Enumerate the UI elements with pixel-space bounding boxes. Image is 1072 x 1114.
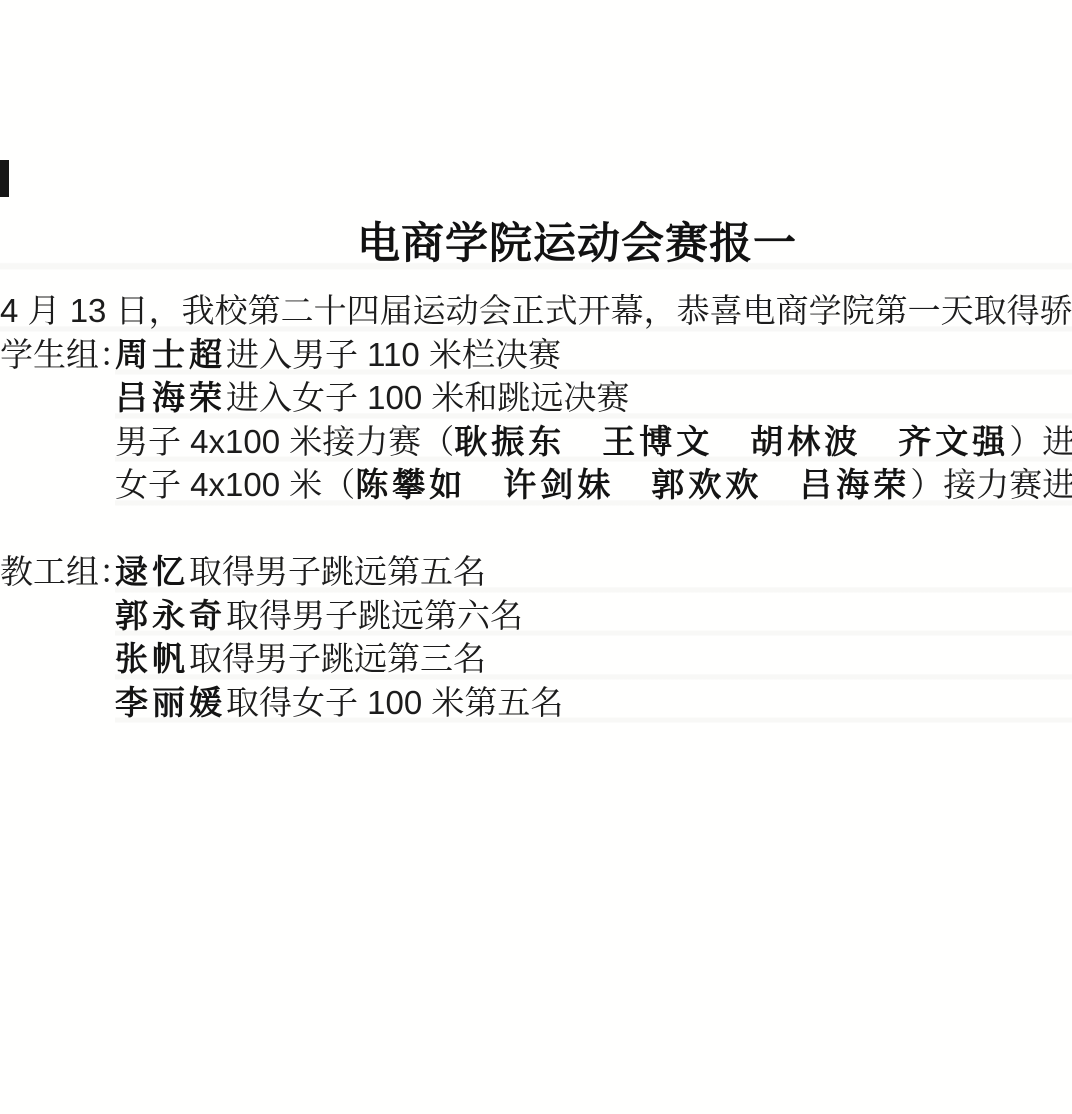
scan-artifact-mark	[0, 160, 9, 197]
result-text: 取得男子跳远第六名	[226, 597, 523, 634]
result-sections: 学生组：周士超进入男子 110 米栏决赛吕海荣进入女子 100 米和跳远决赛男子…	[0, 333, 1072, 725]
section-label: 教工组：	[0, 550, 115, 594]
document-page: 电商学院运动会赛报一 4 月 13 日，我校第二十四届运动会正式开幕，恭喜电商学…	[0, 0, 1072, 1114]
report-line: 男子 4x100 米接力赛（耿振东 王博文 胡林波 齐文强）进入决赛	[115, 420, 1072, 464]
report-line: 郭永奇取得男子跳远第六名	[115, 594, 1072, 638]
report-line: 女子 4x100 米（陈攀如 许剑妹 郭欢欢 吕海荣）接力赛进入决赛	[115, 463, 1072, 507]
result-text: 男子 4x100 米接力赛（	[115, 423, 454, 460]
document-body: 4 月 13 日，我校第二十四届运动会正式开幕，恭喜电商学院第一天取得骄人成绩：…	[0, 289, 1072, 724]
report-line: 李丽媛取得女子 100 米第五名	[115, 681, 1072, 725]
athlete-name: 耿振东 王博文 胡林波 齐文强	[454, 423, 1009, 460]
result-text: ）接力赛进入决赛	[910, 466, 1072, 503]
result-text: 进入男子 110 米栏决赛	[226, 336, 561, 373]
section-lines: 逯忆取得男子跳远第五名郭永奇取得男子跳远第六名张帆取得男子跳远第三名李丽媛取得女…	[115, 550, 1072, 724]
athlete-name: 吕海荣	[115, 379, 226, 416]
intro-line: 4 月 13 日，我校第二十四届运动会正式开幕，恭喜电商学院第一天取得骄人成绩：	[0, 289, 1072, 333]
page-title: 电商学院运动会赛报一	[0, 210, 1072, 271]
result-text: 取得男子跳远第五名	[189, 553, 486, 590]
result-text: 进入女子 100 米和跳远决赛	[226, 379, 629, 416]
result-text: 取得男子跳远第三名	[189, 640, 486, 677]
section-row: 教工组：逯忆取得男子跳远第五名郭永奇取得男子跳远第六名张帆取得男子跳远第三名李丽…	[0, 550, 1072, 724]
section-label: 学生组：	[0, 333, 115, 377]
result-text: 女子 4x100 米（	[115, 466, 355, 503]
report-line: 张帆取得男子跳远第三名	[115, 637, 1072, 681]
report-line: 吕海荣进入女子 100 米和跳远决赛	[115, 376, 1072, 420]
result-text: ）进入决赛	[1009, 423, 1072, 460]
section-lines: 周士超进入男子 110 米栏决赛吕海荣进入女子 100 米和跳远决赛男子 4x1…	[115, 333, 1072, 507]
athlete-name: 逯忆	[115, 553, 189, 590]
report-line: 周士超进入男子 110 米栏决赛	[115, 333, 1072, 377]
report-line: 逯忆取得男子跳远第五名	[115, 550, 1072, 594]
athlete-name: 郭永奇	[115, 597, 226, 634]
athlete-name: 陈攀如 许剑妹 郭欢欢 吕海荣	[355, 466, 910, 503]
athlete-name: 李丽媛	[115, 684, 226, 721]
athlete-name: 张帆	[115, 640, 189, 677]
result-text: 取得女子 100 米第五名	[226, 684, 563, 721]
athlete-name: 周士超	[115, 336, 226, 373]
section-row: 学生组：周士超进入男子 110 米栏决赛吕海荣进入女子 100 米和跳远决赛男子…	[0, 333, 1072, 507]
